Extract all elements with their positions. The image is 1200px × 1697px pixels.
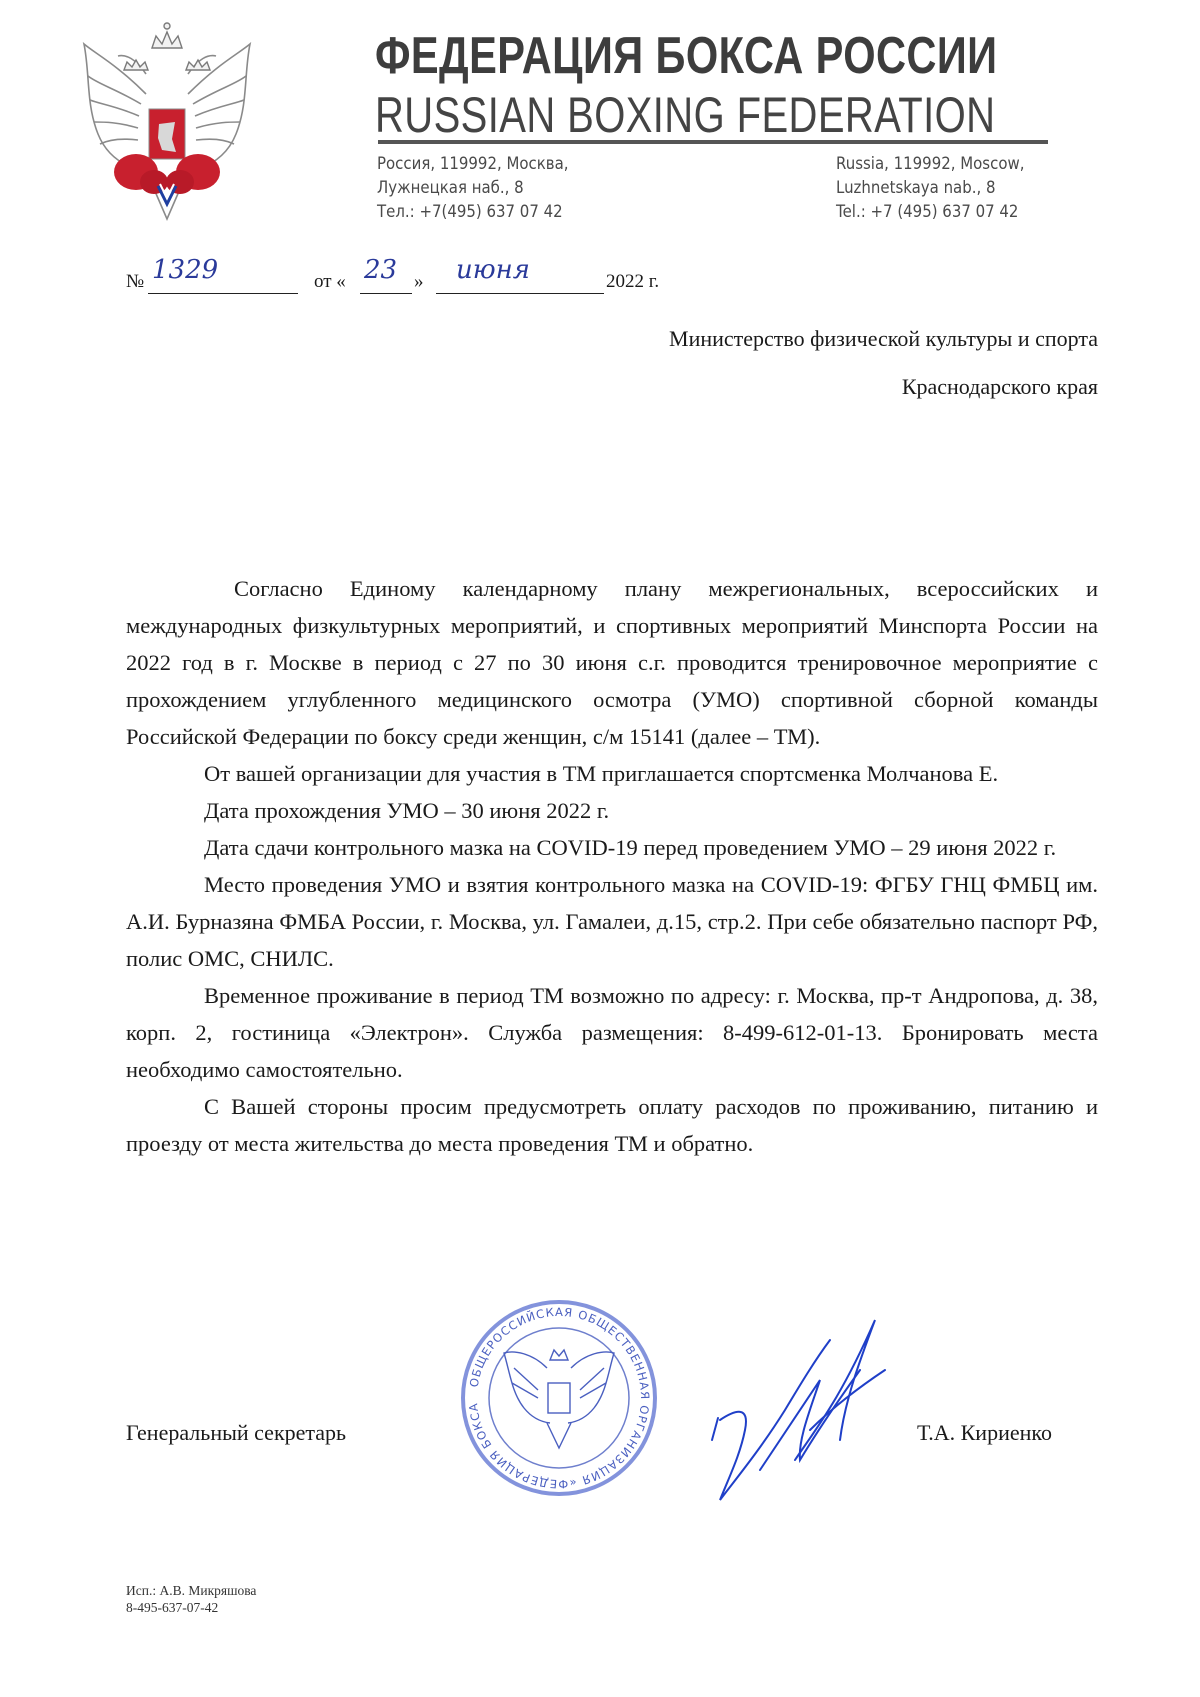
address-russian: Россия, 119992, Москва, Лужнецкая наб., … bbox=[377, 152, 569, 224]
recipient-line-2: Краснодарского края bbox=[902, 374, 1098, 400]
executor-info: Исп.: А.В. Микряшова 8-495-637-07-42 bbox=[126, 1582, 256, 1616]
body-paragraph: Согласно Единому календарному плану межр… bbox=[126, 570, 1098, 755]
address-ru-line: Россия, 119992, Москва, bbox=[377, 152, 569, 176]
address-en-phone: Tel.: +7 (495) 637 07 42 bbox=[836, 200, 1024, 224]
executor-name: Исп.: А.В. Микряшова bbox=[126, 1582, 256, 1599]
organization-name-english: RUSSIAN BOXING FEDERATION bbox=[375, 86, 995, 144]
handwritten-month: июня bbox=[456, 255, 530, 285]
handwritten-number: 1329 bbox=[152, 255, 218, 285]
official-seal-icon: ОБЩЕРОССИЙСКАЯ ОБЩЕСТВЕННАЯ ОРГАНИЗАЦИЯ … bbox=[452, 1298, 667, 1498]
address-en-line: Luzhnetskaya nab., 8 bbox=[836, 176, 1024, 200]
address-english: Russia, 119992, Moscow, Luzhnetskaya nab… bbox=[836, 152, 1024, 224]
letter-body: Согласно Единому календарному плану межр… bbox=[126, 570, 1098, 1162]
body-paragraph: Место проведения УМО и взятия контрольно… bbox=[126, 866, 1098, 977]
boxing-federation-emblem-icon bbox=[76, 14, 258, 226]
number-label: № bbox=[126, 271, 144, 293]
organization-name-russian: ФЕДЕРАЦИЯ БОКСА РОССИИ bbox=[375, 26, 997, 86]
number-underline bbox=[148, 293, 298, 294]
day-underline bbox=[360, 293, 412, 294]
body-paragraph: От вашей организации для участия в ТМ пр… bbox=[126, 755, 1098, 792]
recipient-line-1: Министерство физической культуры и спорт… bbox=[669, 326, 1098, 352]
from-label: от « bbox=[314, 271, 346, 293]
body-paragraph: Дата сдачи контрольного мазка на COVID-1… bbox=[126, 829, 1098, 866]
body-paragraph: Временное проживание в период ТМ возможн… bbox=[126, 977, 1098, 1088]
handwritten-signature-icon bbox=[690, 1310, 895, 1515]
letterhead-divider bbox=[378, 140, 1048, 144]
address-en-line: Russia, 119992, Moscow, bbox=[836, 152, 1024, 176]
body-paragraph: Дата прохождения УМО – 30 июня 2022 г. bbox=[126, 792, 1098, 829]
year-text: 2022 г. bbox=[606, 271, 659, 293]
signatory-name: Т.А. Кириенко bbox=[917, 1420, 1052, 1446]
signatory-title: Генеральный секретарь bbox=[126, 1420, 346, 1446]
body-paragraph: С Вашей стороны просим предусмотреть опл… bbox=[126, 1088, 1098, 1162]
close-quote: » bbox=[414, 271, 424, 293]
address-ru-line: Лужнецкая наб., 8 bbox=[377, 176, 569, 200]
address-ru-phone: Тел.: +7(495) 637 07 42 bbox=[377, 200, 569, 224]
executor-phone: 8-495-637-07-42 bbox=[126, 1599, 256, 1616]
handwritten-day: 23 bbox=[364, 255, 397, 285]
month-underline bbox=[436, 293, 604, 294]
